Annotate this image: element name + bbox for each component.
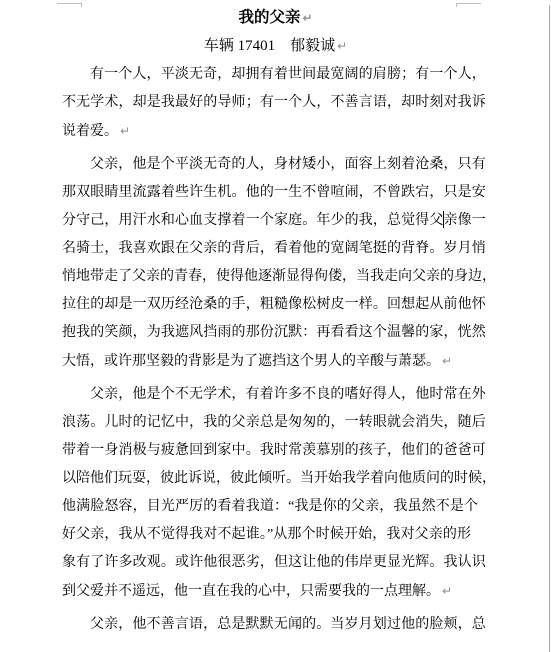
document-page: 我的父亲↵ 车辆 17401 郁毅诚↵ 有一个人，平淡无奇，却拥有着世间最宽阔的… (0, 0, 551, 652)
page-edge-line (549, 5, 550, 652)
text-cursor (443, 211, 444, 228)
text-line: 父亲，他是个平淡无奇的人，身材矮小，面容上刻着沧桑，只有 (62, 151, 486, 179)
document-title: 我的父亲↵ (0, 4, 551, 32)
text-line: 那双眼睛里流露着些许生机。他的一生不曾喧闹，不曾跌宕，只是安 (62, 179, 486, 207)
paragraph-mark-icon: ↵ (337, 39, 347, 53)
paragraph-mark-icon: ↵ (302, 11, 312, 25)
text-line: 分守己，用汗水和心血支撑着一个家庭。年少的我，总觉得父亲像一 (62, 207, 486, 235)
paragraph: 父亲，他是个平淡无奇的人，身材矮小，面容上刻着沧桑，只有那双眼睛里流露着些许生机… (62, 151, 486, 375)
document-body[interactable]: 有一个人，平淡无奇，却拥有着世间最宽阔的肩膀；有一个人，不无学术，却是我最好的导… (62, 61, 486, 645)
text-line: 浪荡。儿时的记忆中，我的父亲总是匆匆的，一转眼就会消失，随后 (62, 409, 486, 437)
text-line: 以陪他们玩耍，彼此诉说，彼此倾听。当开始我学着向他质问的时候， (62, 465, 486, 493)
text-line: 好父亲，我从不觉得我对不起谁。”从那个时候开始，我对父亲的形 (62, 521, 486, 549)
paragraph: 父亲，他不善言语，总是默默无闻的。当岁月划过他的脸颊，总 (62, 611, 486, 639)
text-line: 拉住的却是一双历经沧桑的手，粗糙像松树皮一样。回想起从前他怀 (62, 291, 486, 319)
text-line: 抱我的笑颜，为我遮风挡雨的那份沉默：再看看这个温馨的家，恍然 (62, 319, 486, 347)
byline: 车辆 17401 郁毅诚↵ (0, 32, 551, 60)
text-line: 名骑士，我喜欢跟在父亲的背后，看着他的宽阔笔挺的背脊。岁月悄 (62, 235, 486, 263)
text-line: 他满脸怒容，目光严厉的看着我道：“我是你的父亲，我虽然不是个 (62, 493, 486, 521)
paragraph-mark-icon: ↵ (120, 124, 130, 138)
text-line: 悄地带走了父亲的青春，使得他逐渐显得佝偻，当我走向父亲的身边， (62, 263, 486, 291)
text-line: 象有了许多改观。或许他很恶劣，但这让他的伟岸更显光辉。我认识 (62, 549, 486, 577)
paragraph: 有一个人，平淡无奇，却拥有着世间最宽阔的肩膀；有一个人，不无学术，却是我最好的导… (62, 61, 486, 145)
text-line: 大悟，或许那坚毅的背影是为了遮挡这个男人的辛酸与萧瑟。↵ (62, 347, 486, 375)
paragraph-mark-icon: ↵ (442, 584, 452, 598)
text-line: 父亲，他不善言语，总是默默无闻的。当岁月划过他的脸颊，总 (62, 611, 486, 639)
text-line: 父亲，他是个不无学术，有着许多不良的嗜好得人，他时常在外 (62, 381, 486, 409)
text-line: 有一个人，平淡无奇，却拥有着世间最宽阔的肩膀；有一个人， (62, 61, 486, 89)
paragraph-mark-icon: ↵ (442, 354, 452, 368)
text-line: 不无学术，却是我最好的导师；有一个人，不善言语，却时刻对我诉 (62, 89, 486, 117)
paragraph: 父亲，他是个不无学术，有着许多不良的嗜好得人，他时常在外浪荡。儿时的记忆中，我的… (62, 381, 486, 605)
text-line: 带着一身消极与疲惫回到家中。我时常羡慕别的孩子，他们的爸爸可 (62, 437, 486, 465)
text-line: 说着爱。↵ (62, 117, 486, 145)
byline-text: 车辆 17401 郁毅诚 (204, 38, 335, 54)
text-line: 到父爱并不遥远，他一直在我的心中，只需要我的一点理解。↵ (62, 577, 486, 605)
document-title-text: 我的父亲 (238, 9, 300, 26)
